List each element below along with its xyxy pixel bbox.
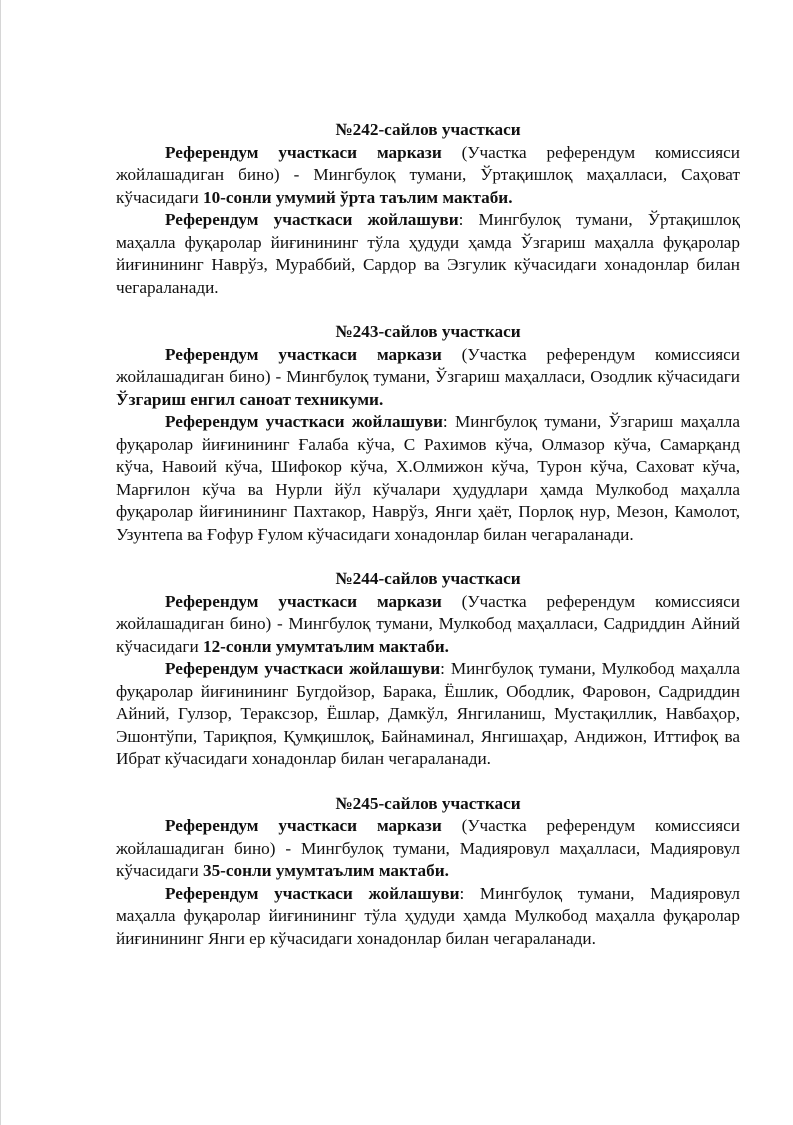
- station-center-paragraph: Референдум участкаси маркази (Участка ре…: [116, 815, 740, 883]
- center-school: Ўзгариш енгил саноат техникуми.: [116, 390, 383, 409]
- section-title: №245-сайлов участкаси: [116, 793, 740, 816]
- station-location-paragraph: Референдум участкаси жойлашуви: Мингбуло…: [116, 883, 740, 951]
- location-label: Референдум участкаси жойлашуви: [165, 659, 440, 678]
- station-location-paragraph: Референдум участкаси жойлашуви: Мингбуло…: [116, 209, 740, 299]
- section-title: №243-сайлов участкаси: [116, 321, 740, 344]
- location-label: Референдум участкаси жойлашуви: [165, 884, 460, 903]
- document-page: №242-сайлов участкаси Референдум участка…: [116, 119, 740, 972]
- center-school: 35-сонли умумтаълим мактаби.: [203, 861, 449, 880]
- location-label: Референдум участкаси жойлашуви: [165, 210, 459, 229]
- station-center-paragraph: Референдум участкаси маркази (Участка ре…: [116, 591, 740, 659]
- polling-station-245: №245-сайлов участкаси Референдум участка…: [116, 793, 740, 951]
- center-label: Референдум участкаси маркази: [165, 345, 442, 364]
- center-label: Референдум участкаси маркази: [165, 592, 442, 611]
- station-location-paragraph: Референдум участкаси жойлашуви: Мингбуло…: [116, 658, 740, 771]
- station-center-paragraph: Референдум участкаси маркази (Участка ре…: [116, 142, 740, 210]
- center-school: 12-сонли умумтаълим мактаби.: [203, 637, 449, 656]
- location-text: : Мингбулоқ тумани, Ўзгариш маҳалла фуқа…: [116, 412, 740, 544]
- polling-station-242: №242-сайлов участкаси Референдум участка…: [116, 119, 740, 299]
- station-center-paragraph: Референдум участкаси маркази (Участка ре…: [116, 344, 740, 412]
- section-title: №244-сайлов участкаси: [116, 568, 740, 591]
- center-school: 10-сонли умумий ўрта таълим мактаби.: [203, 188, 513, 207]
- section-title: №242-сайлов участкаси: [116, 119, 740, 142]
- station-location-paragraph: Референдум участкаси жойлашуви: Мингбуло…: [116, 411, 740, 546]
- center-label: Референдум участкаси маркази: [165, 816, 442, 835]
- location-label: Референдум участкаси жойлашуви: [165, 412, 443, 431]
- polling-station-244: №244-сайлов участкаси Референдум участка…: [116, 568, 740, 771]
- polling-station-243: №243-сайлов участкаси Референдум участка…: [116, 321, 740, 546]
- center-label: Референдум участкаси маркази: [165, 143, 442, 162]
